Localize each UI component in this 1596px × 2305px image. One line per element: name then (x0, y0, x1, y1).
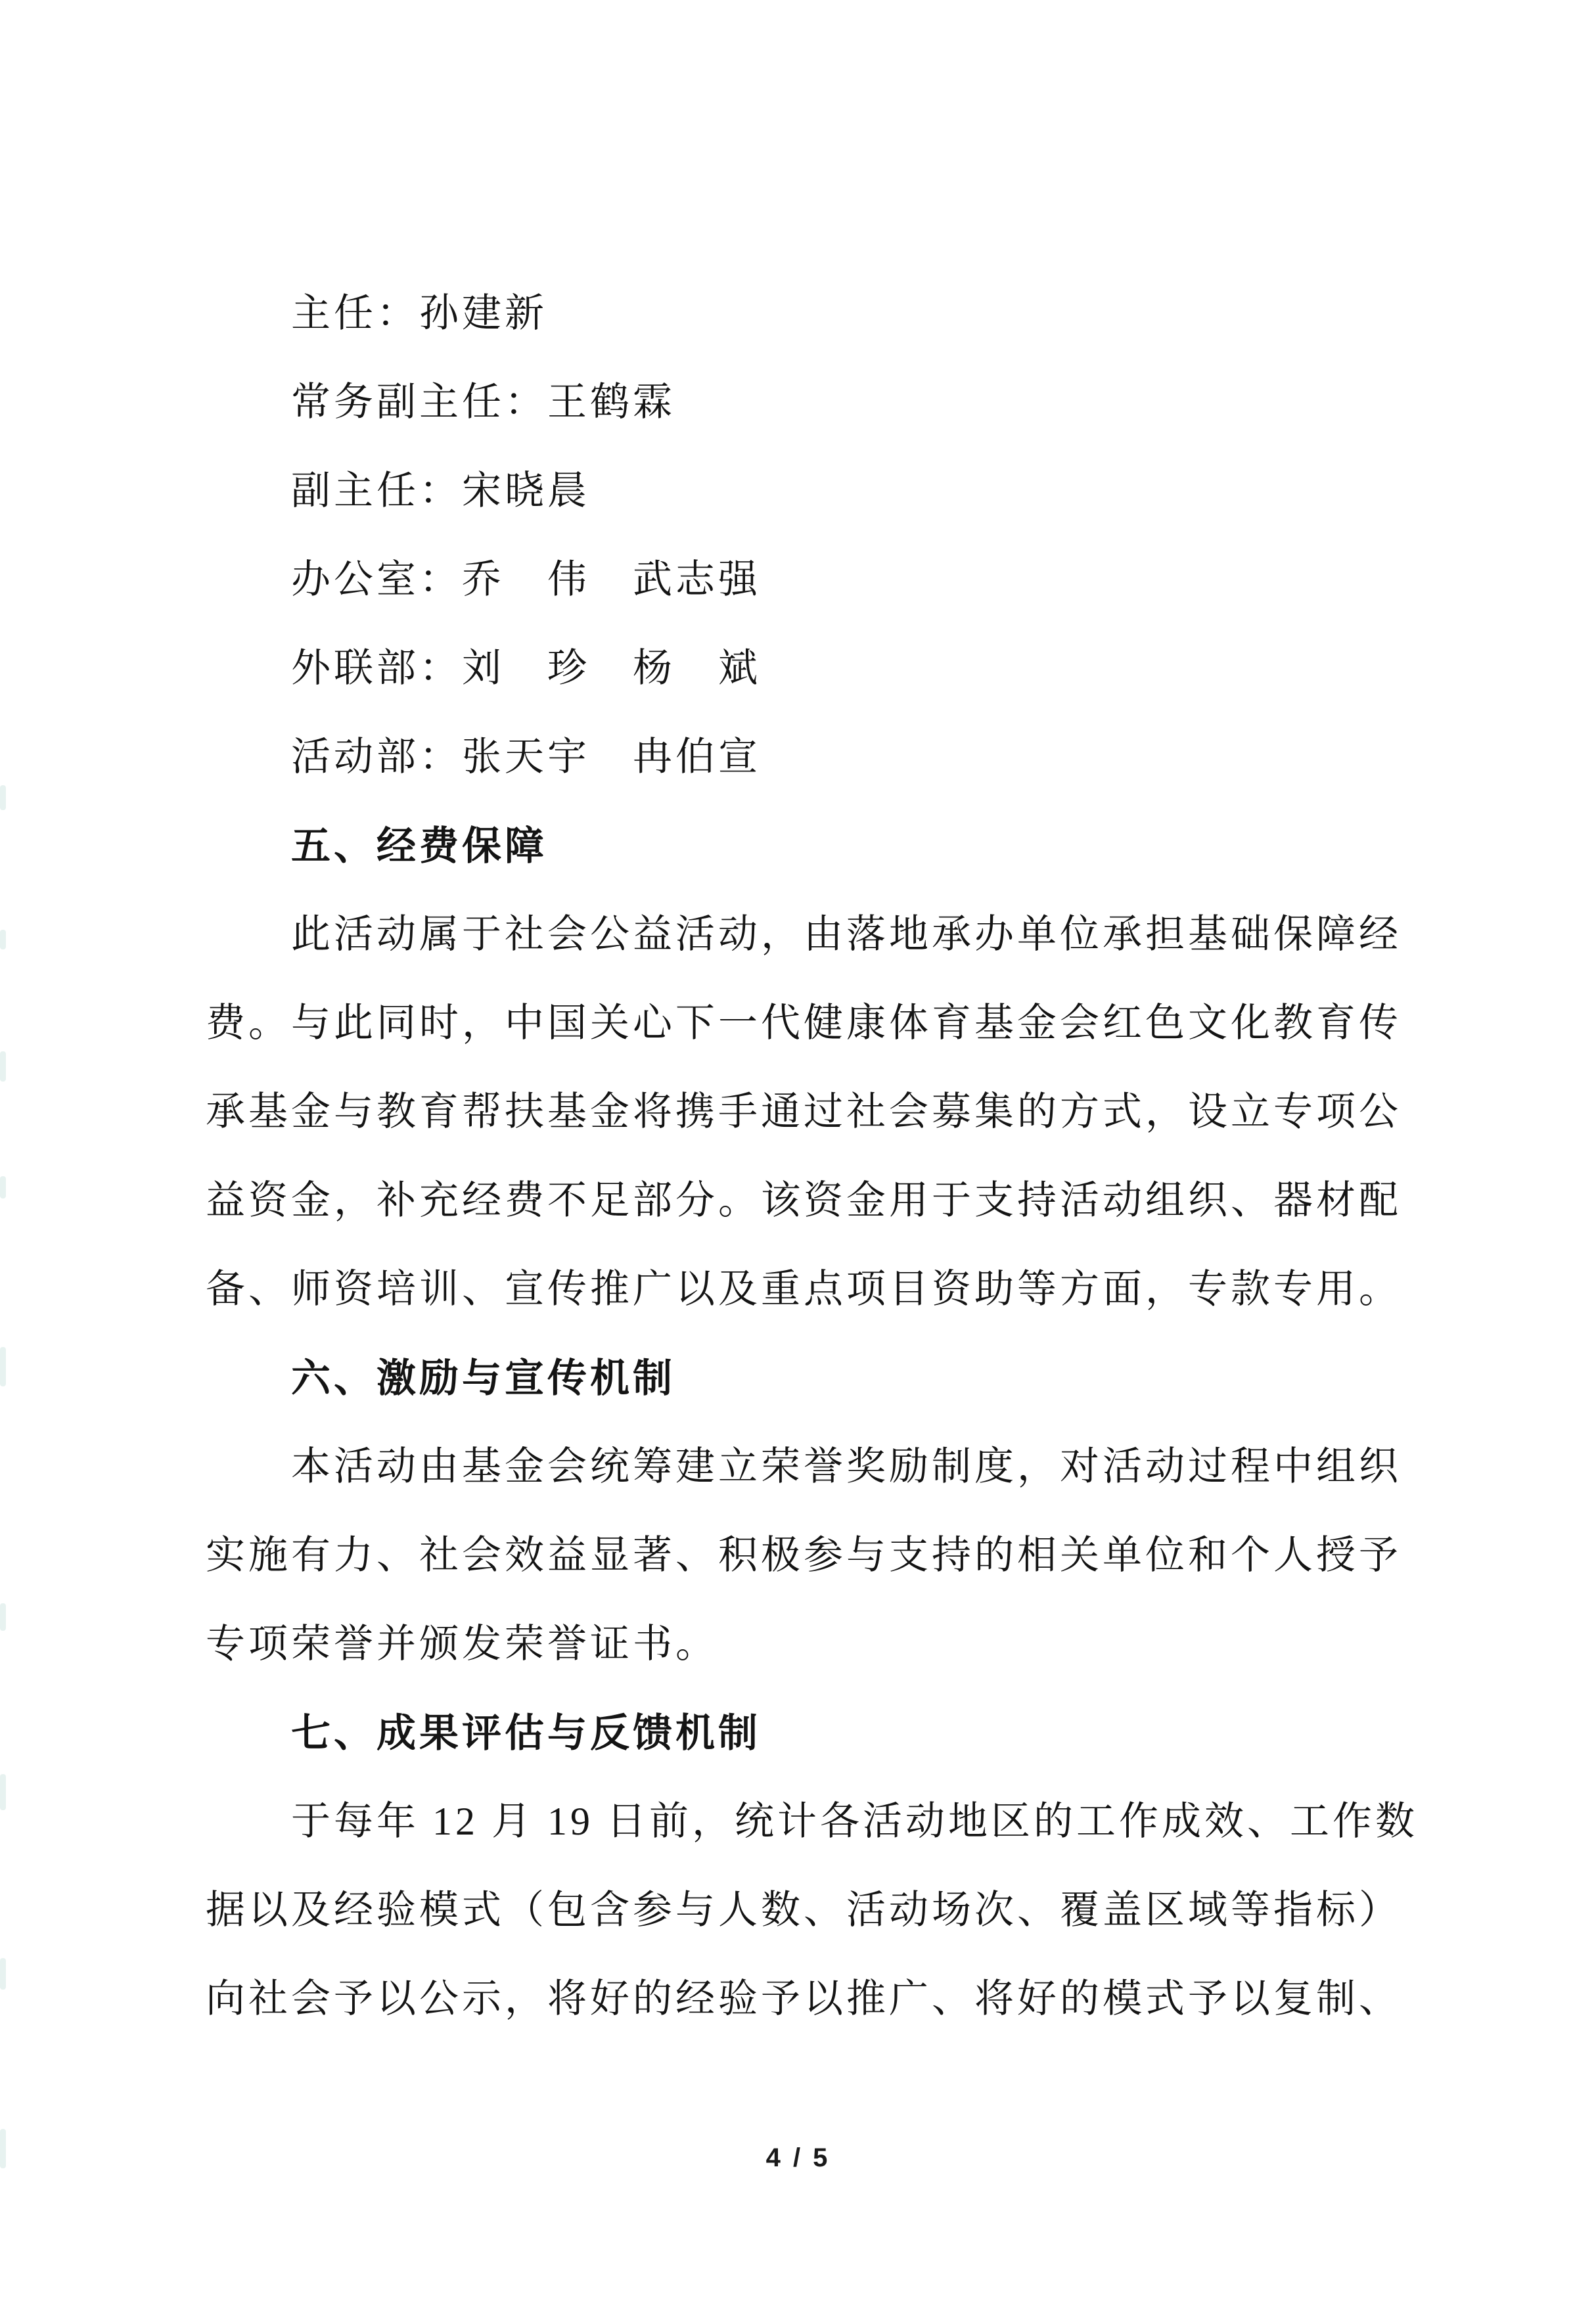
page-number: 4 / 5 (766, 2143, 831, 2172)
scan-smudge (0, 930, 6, 949)
text-line: 主任：孙建新 (206, 269, 1408, 358)
text-line: 此活动属于社会公益活动，由落地承办单位承担基础保障经 (206, 890, 1408, 979)
text-line: 备、师资培训、宣传推广以及重点项目资助等方面，专款专用。 (206, 1245, 1408, 1334)
text-line: 常务副主任：王鹤霖 (206, 358, 1408, 447)
text-line: 承基金与教育帮扶基金将携手通过社会募集的方式，设立专项公 (206, 1068, 1408, 1156)
scan-smudge (0, 1774, 6, 1810)
text-line: 专项荣誉并颁发荣誉证书。 (206, 1600, 1408, 1689)
text-line: 于每年 12 月 19 日前，统计各活动地区的工作成效、工作数 (206, 1777, 1408, 1866)
text-line: 费。与此同时，中国关心下一代健康体育基金会红色文化教育传 (206, 979, 1408, 1068)
scan-smudge (0, 785, 6, 810)
scan-smudge (0, 1347, 6, 1386)
document-page: 主任：孙建新常务副主任：王鹤霖副主任：宋晓晨办公室：乔 伟 武志强外联部：刘 珍… (0, 0, 1596, 2305)
text-line: 外联部：刘 珍 杨 斌 (206, 624, 1408, 713)
text-line: 益资金，补充经费不足部分。该资金用于支持活动组织、器材配 (206, 1156, 1408, 1245)
scan-smudge (0, 1051, 6, 1082)
scan-smudge (0, 1958, 6, 1990)
text-line: 副主任：宋晓晨 (206, 447, 1408, 536)
page-footer: 4 / 5 (0, 2143, 1596, 2173)
text-line: 向社会予以公示，将好的经验予以推广、将好的模式予以复制、 (206, 1955, 1408, 2043)
text-line: 本活动由基金会统筹建立荣誉奖励制度，对活动过程中组织 (206, 1423, 1408, 1511)
text-line: 实施有力、社会效益显著、积极参与支持的相关单位和个人授予 (206, 1511, 1408, 1600)
scan-smudge (0, 1176, 6, 1198)
section-heading: 六、激励与宣传机制 (206, 1334, 1408, 1423)
text-line: 办公室：乔 伟 武志强 (206, 536, 1408, 624)
section-heading: 五、经费保障 (206, 802, 1408, 890)
text-line: 据以及经验模式（包含参与人数、活动场次、覆盖区域等指标） (206, 1866, 1408, 1955)
section-heading: 七、成果评估与反馈机制 (206, 1689, 1408, 1777)
scan-smudge (0, 1603, 6, 1631)
text-line: 活动部：张天宇 冉伯宣 (206, 713, 1408, 802)
document-body: 主任：孙建新常务副主任：王鹤霖副主任：宋晓晨办公室：乔 伟 武志强外联部：刘 珍… (206, 269, 1408, 2043)
